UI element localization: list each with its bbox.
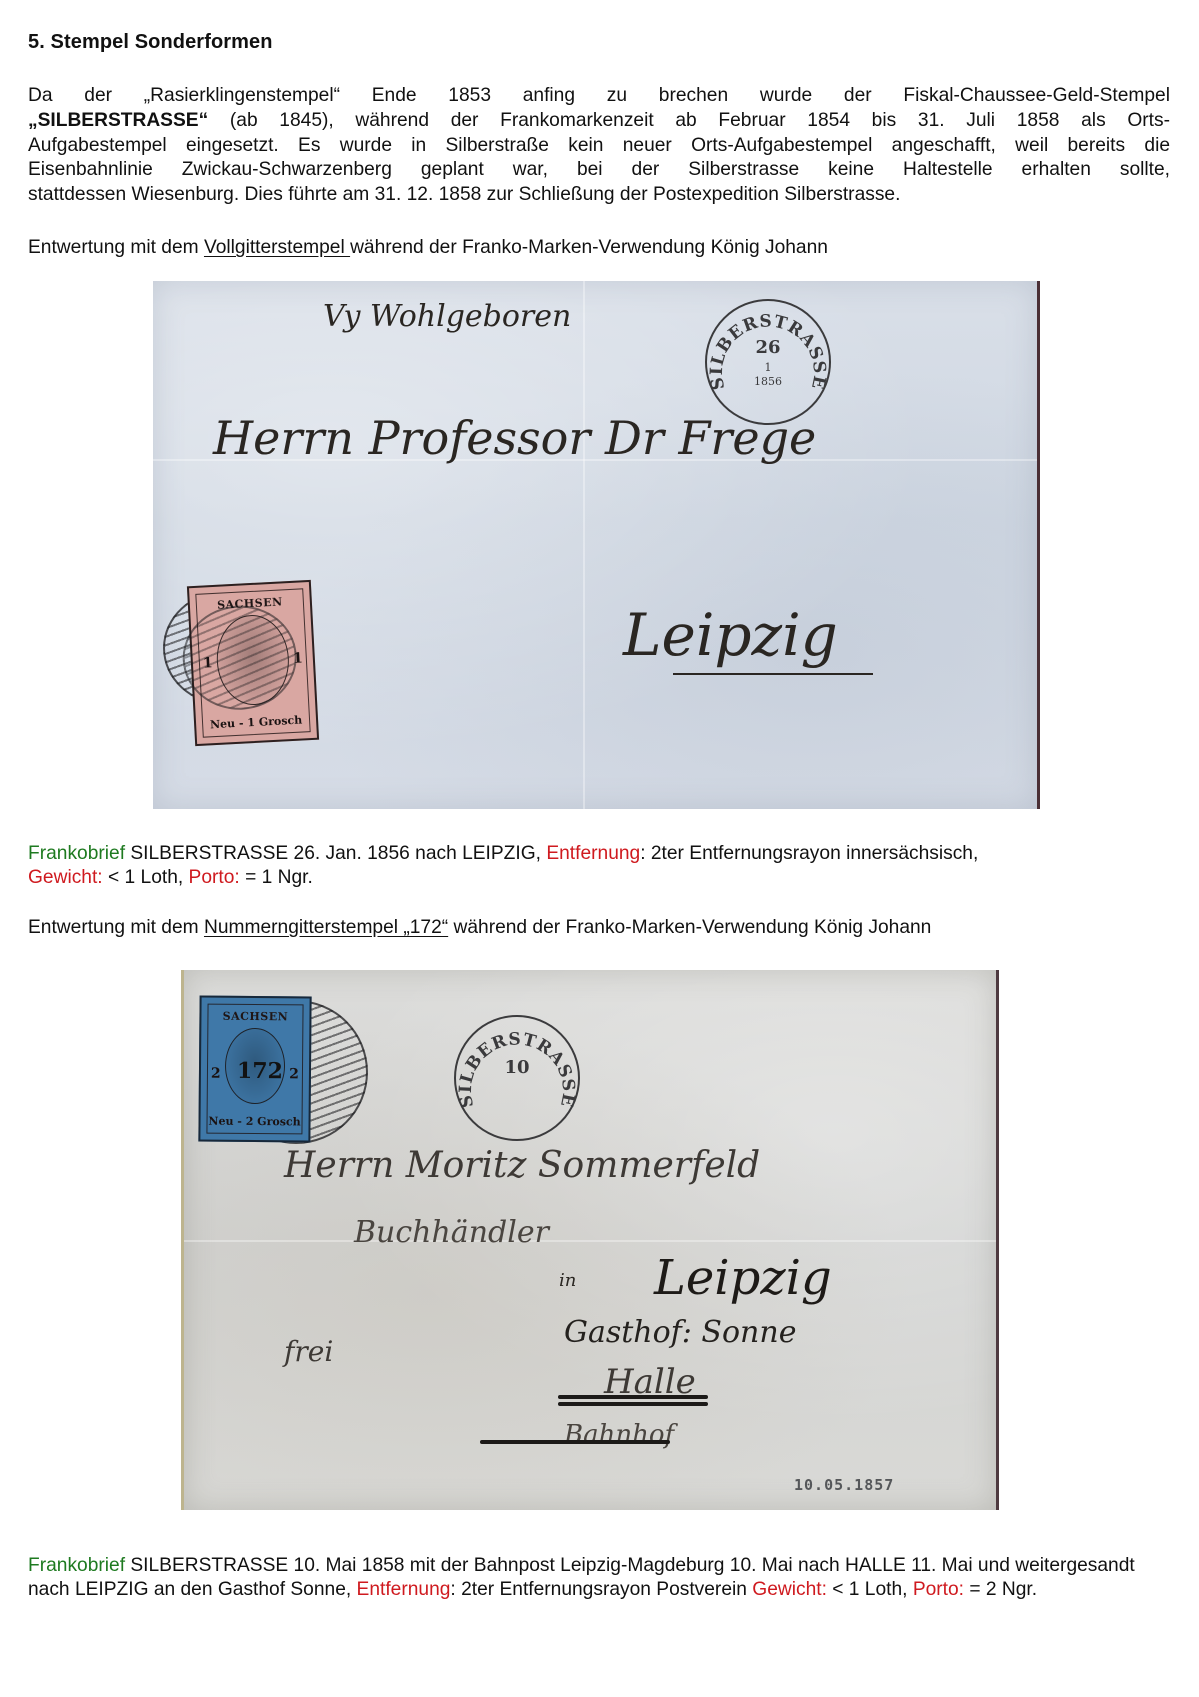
stamp-country: SACHSEN [201, 1010, 309, 1024]
caption-letter-1: Frankobrief SILBERSTRASSE 26. Jan. 1856 … [28, 842, 1170, 889]
intro-line: stattdessen Wiesenburg. Dies führte am 3… [28, 183, 1170, 208]
label-type: Frankobrief [28, 843, 125, 864]
numeral-cancel-172: 172 [237, 1058, 283, 1084]
handwritten-note: Vy Wohlgeboren [323, 299, 571, 334]
intro-line: Eisenbahnlinie Zwickau-Schwarzenberg gep… [28, 158, 1170, 183]
label-distance: Entfernung [546, 843, 640, 864]
label-weight: Gewicht: [28, 867, 103, 888]
caption-letter-2: Frankobrief SILBERSTRASSE 10. Mai 1858 m… [28, 1554, 1170, 1601]
paper-fold [583, 281, 585, 809]
label-distance: Entfernung [357, 1579, 451, 1600]
postmark-month: 1 [707, 361, 829, 374]
strike-through [480, 1440, 670, 1444]
intro-line: „SILBERSTRASSE“ (ab 1845), während der F… [28, 109, 1170, 134]
document-page: 5. Stempel Sonderformen Da der „Rasierkl… [0, 0, 1199, 1697]
label-postage: Porto: [913, 1579, 964, 1600]
cancel-type-underlined: Vollgitterstempel [204, 237, 350, 258]
handwritten-profession: Buchhändler [354, 1215, 549, 1250]
city-underline [673, 673, 873, 675]
handwritten-city: Leipzig [623, 601, 838, 669]
label-postage: Porto: [189, 867, 240, 888]
label-weight: Gewicht: [752, 1579, 827, 1600]
handwritten-struck-note: Bahnhof [564, 1420, 674, 1450]
postmark-silberstrasse: SILBERSTRASSE 10 [454, 1015, 580, 1141]
intro-paragraph: Da der „Rasierklingenstempel“ Ende 1853 … [28, 84, 1170, 208]
postmark-day: 26 [707, 337, 829, 358]
postage-stamp-2-neugroschen: SACHSEN 2 2 Neu - 2 Grosch 172 [198, 996, 311, 1143]
handwritten-frei: frei [284, 1335, 333, 1368]
section1-subtitle: Entwertung mit dem Vollgitterstempel wäh… [28, 236, 828, 261]
strike-through [558, 1402, 708, 1406]
cancel-type-underlined: Nummerngitterstempel „172“ [204, 917, 448, 938]
letter-image-1: Vy Wohlgeboren Herrn Professor Dr Frege … [153, 281, 1040, 809]
paper-fold [184, 1240, 996, 1242]
handwritten-hotel: Gasthof: Sonne [564, 1315, 796, 1350]
postage-stamp-1-neugroschen: SACHSEN 1 1 Neu - 1 Grosch [187, 580, 319, 746]
intro-line: Da der „Rasierklingenstempel“ Ende 1853 … [28, 84, 1170, 109]
section2-subtitle: Entwertung mit dem Nummerngitterstempel … [28, 916, 931, 941]
stamp-denomination: Neu - 2 Grosch [200, 1115, 308, 1129]
silberstrasse-bold: „SILBERSTRASSE“ [28, 110, 208, 131]
postmark-year: 1856 [707, 375, 829, 388]
handwritten-addressee: Herrn Moritz Sommerfeld [284, 1145, 760, 1186]
postmark-silberstrasse: SILBERSTRASSE 26 1 1856 [705, 299, 831, 425]
postmark-day: 10 [456, 1057, 578, 1078]
postmark-ring-text: SILBERSTRASSE [456, 1017, 578, 1139]
handwritten-in: in [559, 1270, 576, 1291]
pencil-date-note: 10.05.1857 [794, 1476, 894, 1494]
intro-line: Aufgabestempel eingesetzt. Es wurde in S… [28, 134, 1170, 159]
letter-image-2: SACHSEN 2 2 Neu - 2 Grosch 172 SILBERSTR… [181, 970, 999, 1510]
label-type: Frankobrief [28, 1555, 125, 1576]
strike-through [558, 1395, 708, 1399]
section-heading: 5. Stempel Sonderformen [28, 31, 273, 54]
handwritten-city: Leipzig [654, 1250, 832, 1306]
